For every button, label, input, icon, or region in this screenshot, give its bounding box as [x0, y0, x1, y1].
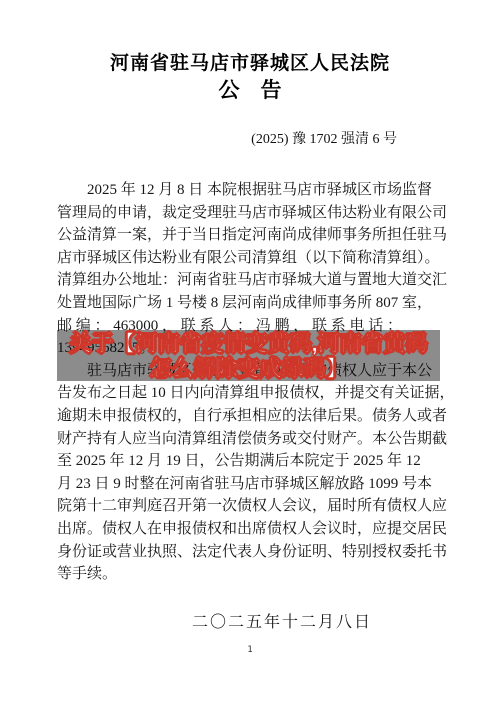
- body-line: 2025 年 12 月 8 日 本院根据驻马店市驿城区市场监督: [57, 179, 443, 202]
- body-line: 处置地国际广场 1 号楼 8 层河南尚成律师事务所 807 室，: [57, 292, 443, 315]
- body-line: 逾期未申报债权的，自行承担相应的法律后果。债务人或者: [57, 405, 443, 428]
- body-line: 公益清算一案，并于当日指定河南尚成律师事务所担任驻马: [57, 224, 443, 247]
- watermark-overlay: 关于【河南省疫情变黄码,河南省黄码 怎么解除变成绿码】: [57, 330, 440, 381]
- body-line: 店市驿城区伟达粉业有限公司清算组（以下简称清算组）。: [57, 247, 443, 270]
- case-number: (2025) 豫 1702 强清 6 号: [0, 131, 397, 148]
- watermark-line-2: 怎么解除变成绿码】: [149, 356, 347, 381]
- doc-title: 公 告: [0, 78, 500, 104]
- body-line: 出席。债权人在申报债权和出席债权人会议时，应提交居民: [57, 518, 443, 541]
- body-line: 告发布之日起 10 日内向清算组申报债权，并提交有关证据，: [57, 382, 443, 405]
- body-line: 月 23 日 9 时整在河南省驻马店市驿城区解放路 1099 号本: [57, 473, 443, 496]
- body-line: 等手续。: [57, 563, 443, 586]
- body-line: 至 2025 年 12 月 19 日，公告期满后本院定于 2025 年 12: [57, 450, 443, 473]
- body-line: 清算组办公地址：河南省驻马店市驿城大道与置地大道交汇: [57, 269, 443, 292]
- announcement-page: 河南省驻马店市驿城区人民法院 公 告 (2025) 豫 1702 强清 6 号 …: [0, 0, 500, 706]
- body-line: 财产持有人应当向清算组清偿债务或交付财产。本公告期截: [57, 428, 443, 451]
- page-number: 1: [0, 645, 500, 656]
- court-name: 河南省驻马店市驿城区人民法院: [0, 52, 500, 76]
- body-line: 管理局的申请，裁定受理驻马店市驿城区伟达粉业有限公司: [57, 202, 443, 225]
- body-line: 身份证或营业执照、法定代表人身份证明、特别授权委托书: [57, 541, 443, 564]
- watermark-line-1: 关于【河南省疫情变黄码,河南省黄码: [69, 331, 427, 356]
- issue-date: 二〇二五年十二月八日: [0, 609, 372, 632]
- body-line: 院第十二审判庭召开第一次债权人会议，届时所有债权人应: [57, 495, 443, 518]
- announcement-body: 2025 年 12 月 8 日 本院根据驻马店市驿城区市场监督 管理局的申请，裁…: [57, 179, 443, 586]
